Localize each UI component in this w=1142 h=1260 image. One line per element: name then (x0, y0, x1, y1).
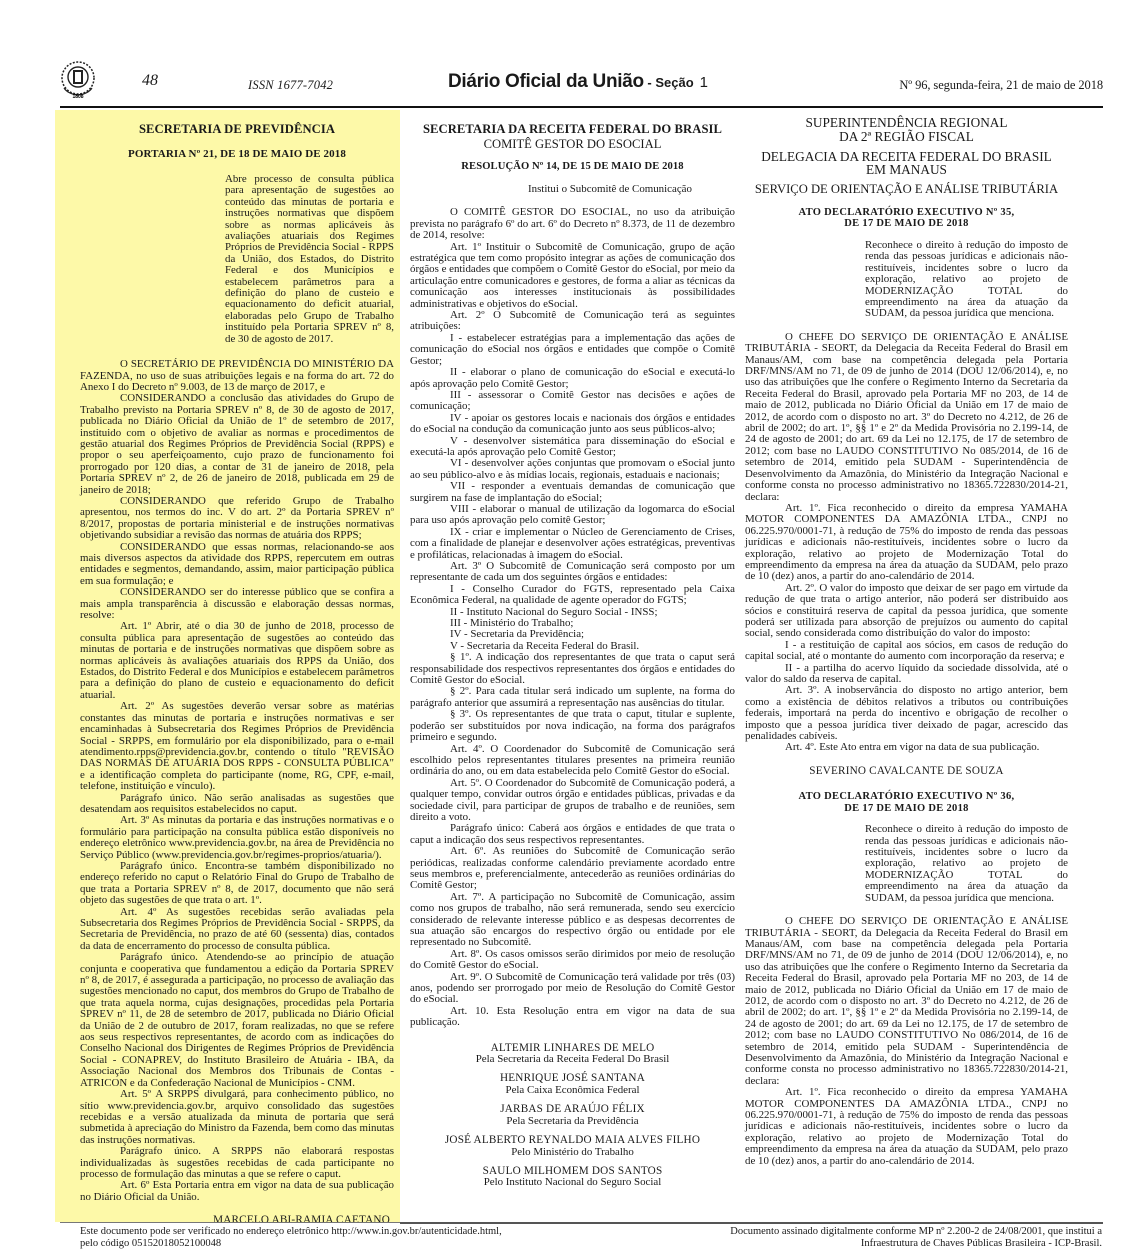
paragraph: Parágrafo único. Atendendo-se ao princíp… (80, 952, 394, 1089)
paragraph: IX - criar e implementar o Núcleo de Ger… (410, 527, 735, 561)
ementa: Institui o Subcomitê de Comunicação (528, 184, 735, 195)
header-divider (60, 106, 1103, 108)
signature-block: ALTEMIR LINHARES DE MELO Pela Secretaria… (410, 1043, 735, 1189)
svg-text:1808: 1808 (72, 94, 83, 100)
section-label: - Seção (644, 75, 694, 90)
paragraph: Parágrafo único. Encontra-se também disp… (80, 861, 394, 907)
publication-title: Diário Oficial da União - Seção1 (448, 71, 708, 93)
paragraph: Art. 1º Instituir o Subcomitê de Comunic… (410, 242, 735, 310)
act-title: ATO DECLARATÓRIO EXECUTIVO Nº 36, (745, 791, 1068, 803)
paragraph: VIII - elaborar o manual de utilização d… (410, 504, 735, 527)
paragraph: Art. 2º O Subcomitê de Comunicação terá … (410, 310, 735, 333)
paragraph: CONSIDERANDO que referido Grupo de Traba… (80, 496, 394, 542)
paragraph: Art. 1º. Fica reconhecido o direito da e… (745, 1087, 1068, 1167)
act-36: ATO DECLARATÓRIO EXECUTIVO Nº 36, DE 17 … (745, 791, 1068, 1167)
signature-role: Pelo Ministério do Trabalho (410, 1147, 735, 1158)
page-number: 48 (142, 72, 158, 90)
ementa: Reconhece o direito à redução do imposto… (865, 240, 1068, 320)
paragraph: O COMITÊ GESTOR DO ESOCIAL, no uso da at… (410, 207, 735, 241)
paragraph: Parágrafo único. A SRPPS não elaborará r… (80, 1146, 394, 1180)
paragraph: Art. 8º. Os casos omissos serão dirimido… (410, 949, 735, 972)
org-heading: SUPERINTENDÊNCIA REGIONAL (745, 116, 1068, 130)
paragraph: Art. 5º. O Coordenador do Subcomitê de C… (410, 778, 735, 824)
paragraph: Art. 3º. A inobservância do disposto no … (745, 685, 1068, 742)
paragraph: § 2º. Para cada titular será indicado um… (410, 686, 735, 709)
org-heading: EM MANAUS (745, 163, 1068, 177)
paragraph: V - desenvolver sistemática para dissemi… (410, 436, 735, 459)
paragraph: O CHEFE DO SERVIÇO DE ORIENTAÇÃO E ANÁLI… (745, 332, 1068, 503)
ementa: Abre processo de consulta pública para a… (225, 174, 394, 345)
ementa: Reconhece o direito à redução do imposto… (865, 824, 1068, 904)
paragraph: § 1º. A indicação dos representantes de … (410, 652, 735, 686)
signature-name: JARBAS DE ARAÚJO FÉLIX (410, 1104, 735, 1115)
paragraph: Art. 2º. O valor do imposto que deixar d… (745, 583, 1068, 640)
act-body: O COMITÊ GESTOR DO ESOCIAL, no uso da at… (410, 207, 735, 1028)
subagency-heading: COMITÊ GESTOR DO ESOCIAL (410, 137, 735, 151)
title-text: Diário Oficial da União (448, 71, 644, 92)
paragraph: Art. 4º As sugestões recebidas serão ava… (80, 907, 394, 953)
paragraph: II - a partilha do acervo líquido da soc… (745, 663, 1068, 686)
paragraph: Art. 6º. As reuniões do Subcomitê de Com… (410, 846, 735, 892)
paragraph: Art. 1º. Fica reconhecido o direito da e… (745, 503, 1068, 583)
edition-date: Nº 96, segunda-feira, 21 de maio de 2018 (899, 78, 1103, 93)
footer-divider (400, 1222, 1103, 1224)
paragraph: VI - desenvolver ações conjuntas que pro… (410, 458, 735, 481)
paragraph: Art. 7º. A participação no Subcomitê de … (410, 892, 735, 949)
signature-role: Pelo Instituto Nacional do Seguro Social (410, 1177, 735, 1188)
signature-note-line1: Documento assinado digitalmente conforme… (730, 1226, 1102, 1238)
section-number: 1 (700, 74, 708, 91)
act-title: RESOLUÇÃO Nº 14, DE 15 DE MAIO DE 2018 (410, 159, 735, 174)
paragraph: Art. 9º. O Subcomitê de Comunicação terá… (410, 972, 735, 1006)
paragraph: Art. 4º. O Coordenador do Subcomitê de C… (410, 744, 735, 778)
signature-role: Pela Secretaria da Previdência (410, 1116, 735, 1127)
paragraph: III - assessorar o Comitê Gestor nas dec… (410, 390, 735, 413)
paragraph: CONSIDERANDO que essas normas, relaciona… (80, 542, 394, 588)
act-date: DE 17 DE MAIO DE 2018 (745, 218, 1068, 230)
issn: ISSN 1677-7042 (248, 78, 333, 93)
act-body: O SECRETÁRIO DE PREVIDÊNCIA DO MINISTÉRI… (80, 359, 394, 1203)
act-title: PORTARIA Nº 21, DE 18 DE MAIO DE 2018 (80, 147, 394, 162)
signature: MARCELO ABI-RAMIA CAETANO (80, 1215, 394, 1226)
signature: SEVERINO CAVALCANTE DE SOUZA (745, 766, 1068, 777)
act-date: DE 17 DE MAIO DE 2018 (745, 803, 1068, 815)
column-resolucao-esocial: SECRETARIA DA RECEITA FEDERAL DO BRASIL … (410, 110, 735, 1189)
act-title: ATO DECLARATÓRIO EXECUTIVO Nº 35, (745, 207, 1068, 219)
paragraph: I - Conselho Curador do FGTS, representa… (410, 584, 735, 607)
paragraph: O SECRETÁRIO DE PREVIDÊNCIA DO MINISTÉRI… (80, 359, 394, 393)
paragraph: Parágrafo único: Caberá aos órgãos e ent… (410, 823, 735, 846)
paragraph: Parágrafo único. Não serão analisadas as… (80, 793, 394, 816)
org-heading: SERVIÇO DE ORIENTAÇÃO E ANÁLISE TRIBUTÁR… (745, 183, 1068, 197)
signature-role: Pela Secretaria da Receita Federal Do Br… (410, 1054, 735, 1065)
footer-signature-note: Documento assinado digitalmente conforme… (730, 1226, 1102, 1249)
paragraph: Art. 2º As sugestões deverão versar sobr… (80, 701, 394, 792)
paragraph: Art. 3º O Subcomitê de Comunicação será … (410, 561, 735, 584)
paragraph: O CHEFE DO SERVIÇO DE ORIENTAÇÃO E ANÁLI… (745, 916, 1068, 1087)
verification-url-text: Este documento pode ser verificado no en… (80, 1226, 502, 1238)
agency-heading: SECRETARIA DA RECEITA FEDERAL DO BRASIL (410, 122, 735, 137)
paragraph: VII - responder a eventuais demandas de … (410, 481, 735, 504)
agency-heading: SECRETARIA DE PREVIDÊNCIA (80, 122, 394, 137)
paragraph: Art. 1º Abrir, até o dia 30 de junho de … (80, 621, 394, 701)
footer-verification: Este documento pode ser verificado no en… (80, 1226, 502, 1249)
paragraph: Art. 4º. Este Ato entra em vigor na data… (745, 742, 1068, 753)
paragraph: Art. 6º Esta Portaria entra em vigor na … (80, 1180, 394, 1203)
paragraph: CONSIDERANDO ser do interesse público qu… (80, 587, 394, 621)
paragraph: Art. 5º A SRPPS divulgará, para conhecim… (80, 1089, 394, 1146)
column-atos-declaratorios: SUPERINTENDÊNCIA REGIONAL DA 2ª REGIÃO F… (745, 110, 1068, 1167)
paragraph: IV - apoiar os gestores locais e naciona… (410, 413, 735, 436)
org-heading: DA 2ª REGIÃO FISCAL (745, 130, 1068, 144)
paragraph: II - elaborar o plano de comunicação do … (410, 367, 735, 390)
org-heading: DELEGACIA DA RECEITA FEDERAL DO BRASIL (745, 150, 1068, 164)
act-35: ATO DECLARATÓRIO EXECUTIVO Nº 35, DE 17 … (745, 207, 1068, 777)
column-portaria-previdencia: SECRETARIA DE PREVIDÊNCIA PORTARIA Nº 21… (55, 110, 400, 1222)
paragraph: Art. 3º As minutas da portaria e das ins… (80, 815, 394, 861)
paragraph: CONSIDERANDO a conclusão das atividades … (80, 393, 394, 496)
signature-note-line2: Infraestrutura de Chaves Públicas Brasil… (730, 1238, 1102, 1250)
paragraph: Art. 10. Esta Resolução entra em vigor n… (410, 1006, 735, 1029)
verification-code: pelo código 05152018052100048 (80, 1238, 502, 1250)
footer-divider-left (60, 1222, 400, 1223)
signature-name: JOSÉ ALBERTO REYNALDO MAIA ALVES FILHO (410, 1135, 735, 1146)
imprensa-nacional-seal-icon: 1808 (58, 60, 122, 100)
signature-role: Pela Caixa Econômica Federal (410, 1085, 735, 1096)
paragraph: I - a restituição de capital aos sócios,… (745, 640, 1068, 663)
paragraph: I - estabelecer estratégias para a imple… (410, 333, 735, 367)
paragraph: § 3º. Os representantes de que trata o c… (410, 709, 735, 743)
page-header: 1808 48 ISSN 1677-7042 Diário Oficial da… (58, 66, 1103, 102)
